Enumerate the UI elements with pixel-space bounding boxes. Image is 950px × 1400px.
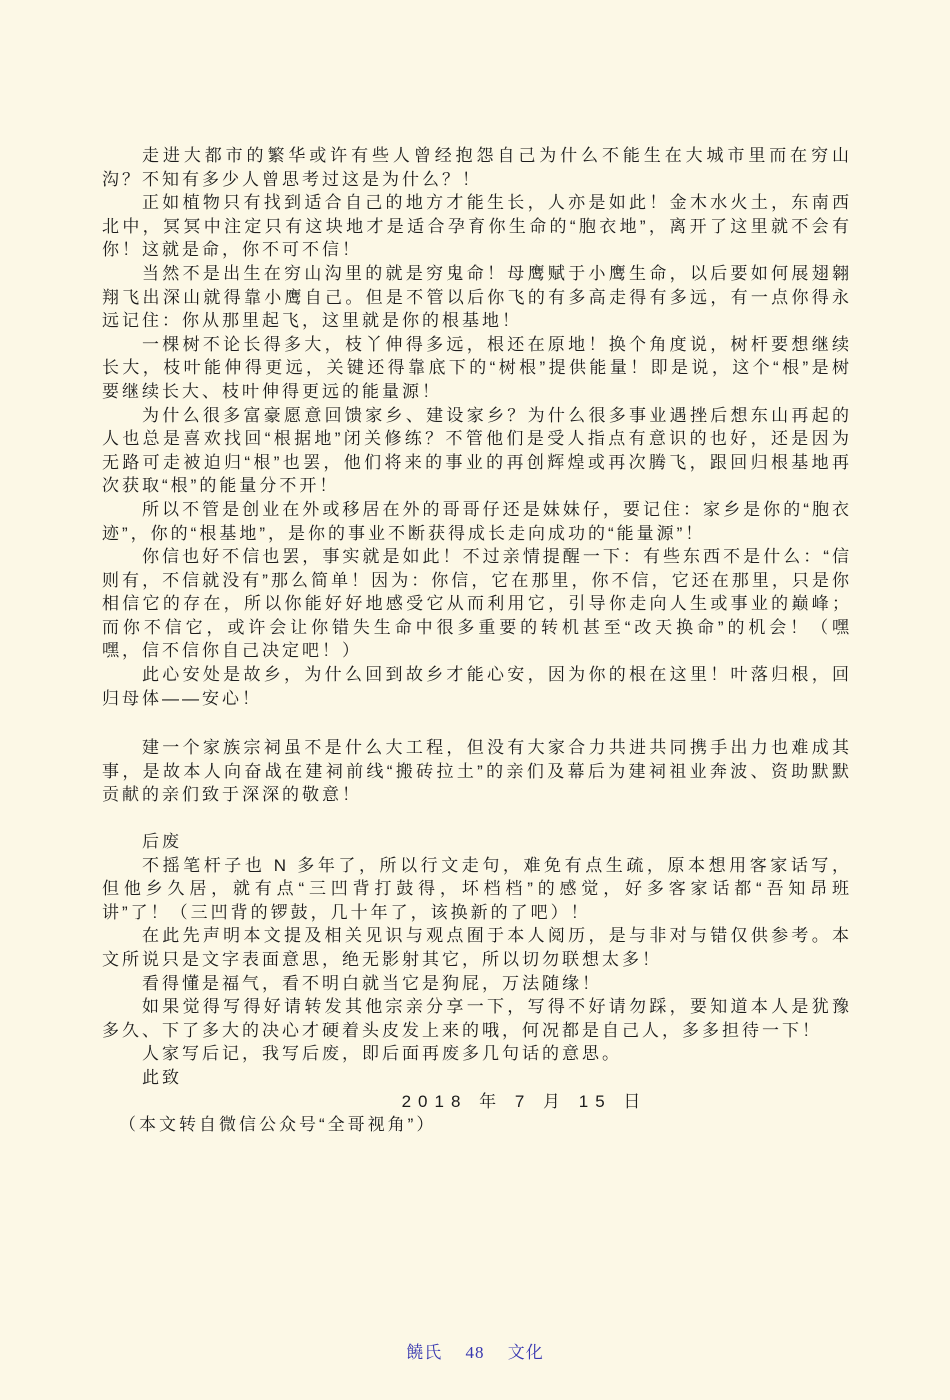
footer-section-label: 文化 (508, 1338, 544, 1363)
postscript-paragraph-2: 在此先声明本文提及相关见识与观点囿于本人阅历，是与非对与错仅供参考。本文所说只是… (102, 924, 852, 971)
postscript-paragraph-3: 看得懂是福气，看不明白就当它是狗屁，万法随缘！ (102, 972, 852, 996)
closing-salutation: 此致 (102, 1066, 852, 1090)
paragraph-city-lament: 走进大都市的繁华或许有些人曾经抱怨自己为什么不能生在大城市里而在穷山沟？不知有多… (102, 144, 852, 191)
date-line: 2018 年 7 月 15 日 (102, 1090, 852, 1114)
footer-family-name: 饒氏 (406, 1338, 442, 1363)
article-text-block: 走进大都市的繁华或许有些人曾经抱怨自己为什么不能生在大城市里而在穷山沟？不知有多… (102, 144, 852, 1137)
source-note: （本文转自微信公众号“全哥视角”） (102, 1113, 852, 1137)
postscript-paragraph-5: 人家写后记，我写后废，即后面再废多几句话的意思。 (102, 1042, 852, 1066)
paragraph-hometown-return: 为什么很多富豪愿意回馈家乡、建设家乡？为什么很多事业遇挫后想东山再起的人也总是喜… (102, 404, 852, 498)
postscript-paragraph-1: 不摇笔杆子也 N 多年了，所以行文走句，难免有点生疏，原本想用客家话写，但他乡久… (102, 854, 852, 925)
paragraph-belief: 你信也好不信也罢，事实就是如此！不过亲情提醒一下：有些东西不是什么：“信则有，不… (102, 545, 852, 663)
paragraph-birthplace-fate: 正如植物只有找到适合自己的地方才能生长，人亦是如此！金木水火土，东南西北中，冥冥… (102, 191, 852, 262)
postscript-paragraph-4: 如果觉得写得好请转发其他宗亲分享一下，写得不好请勿踩，要知道本人是犹豫多久、下了… (102, 995, 852, 1042)
paragraph-dedication: 建一个家族宗祠虽不是什么大工程，但没有大家合力共进共同携手出力也难成其事，是故本… (102, 736, 852, 807)
paragraph-heart-at-peace: 此心安处是故乡，为什么回到故乡才能心安，因为你的根在这里！叶落归根，回归母体——… (102, 663, 852, 710)
paragraph-tree-roots: 一棵树不论长得多大，枝丫伸得多远，根还在原地！换个角度说，树杆要想继续长大，枝叶… (102, 333, 852, 404)
page-footer: 饒氏 48 文化 (0, 1338, 950, 1363)
footer-page-number: 48 (466, 1343, 485, 1363)
paragraph-eagle: 当然不是出生在穷山沟里的就是穷鬼命！母鹰赋于小鹰生命，以后要如何展翅翱翔飞出深山… (102, 262, 852, 333)
paragraph-energy-source: 所以不管是创业在外或移居在外的哥哥仔还是妹妹仔，要记住：家乡是你的“胞衣迹”，你… (102, 498, 852, 545)
postscript-heading: 后废 (102, 830, 852, 854)
document-page: 走进大都市的繁华或许有些人曾经抱怨自己为什么不能生在大城市里而在穷山沟？不知有多… (0, 0, 950, 1400)
page: { "page": { "background_color": "#fcf8e6… (0, 0, 950, 1400)
